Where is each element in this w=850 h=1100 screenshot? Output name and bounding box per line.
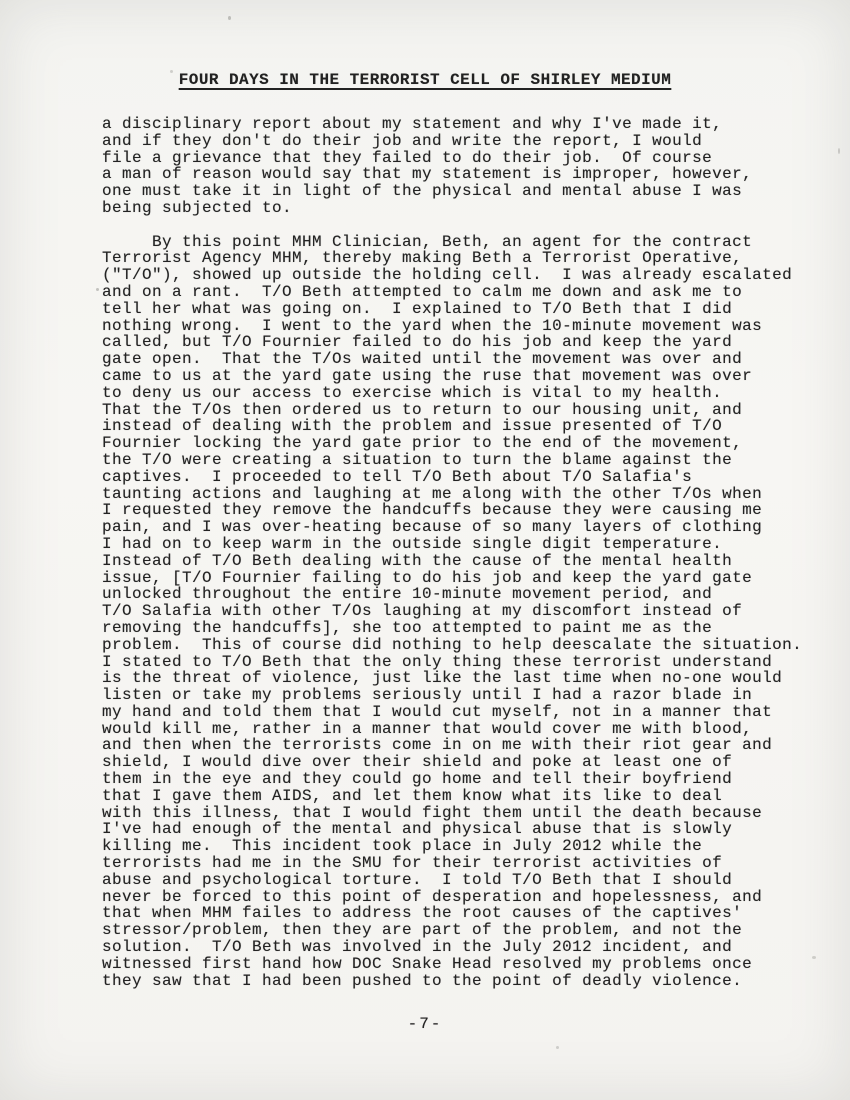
page-number: -7- [0, 1015, 850, 1033]
scan-speck [228, 16, 231, 20]
scan-speck [812, 956, 816, 959]
scan-speck [838, 148, 840, 154]
paragraph-2: By this point MHM Clinician, Beth, an ag… [102, 234, 790, 990]
document-body: a disciplinary report about my statement… [0, 116, 850, 989]
scan-speck [96, 288, 99, 291]
scan-speck [170, 70, 173, 73]
paragraph-1: a disciplinary report about my statement… [102, 116, 790, 217]
document-title: FOUR DAYS IN THE TERRORIST CELL OF SHIRL… [0, 70, 850, 90]
scan-speck [556, 1046, 559, 1049]
document-page: FOUR DAYS IN THE TERRORIST CELL OF SHIRL… [0, 0, 850, 1100]
